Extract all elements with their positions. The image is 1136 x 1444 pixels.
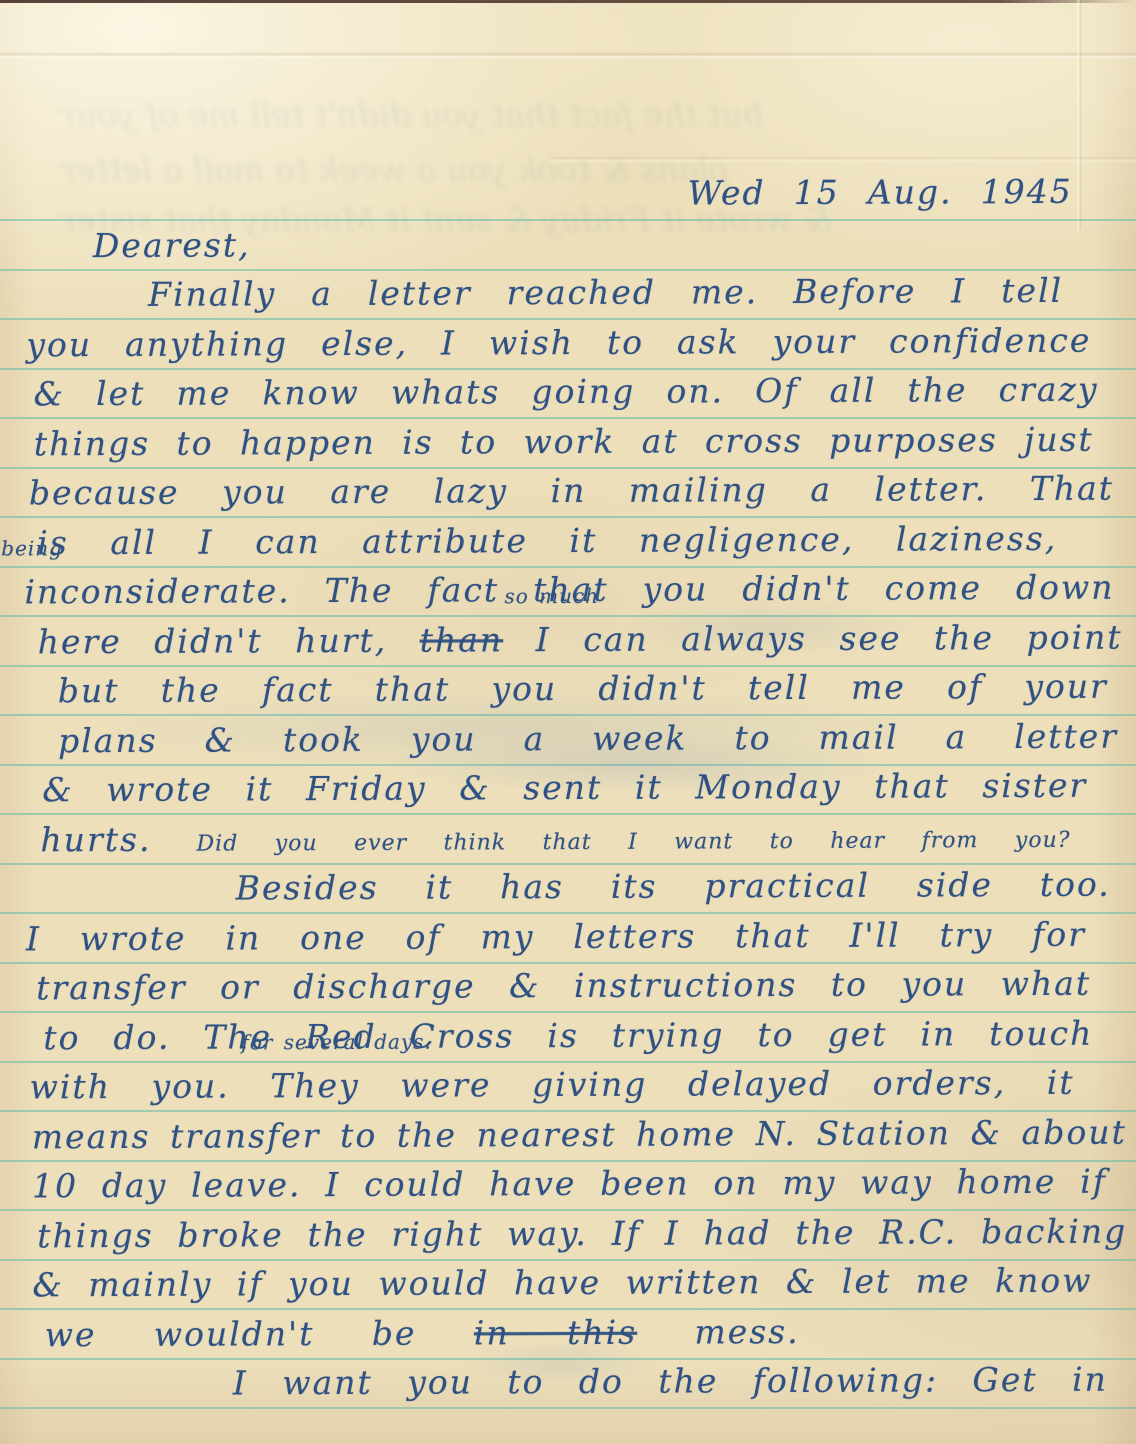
letter-text: I can always see the point [503, 617, 1123, 659]
letter-text: but the fact that you didn't tell me of … [58, 667, 1108, 711]
letter-line: you anything else, I wish to ask your co… [26, 314, 1091, 371]
letter-text: Did you ever think that I want to hear f… [196, 827, 1070, 856]
letter-text: for several days. [241, 1030, 432, 1055]
struck-text: in this [474, 1312, 637, 1352]
letter-line: things broke the right way. If I had the… [37, 1205, 1127, 1262]
letter-text: & wrote it Friday & sent it Monday that … [42, 766, 1087, 810]
letter-line: I want you to do the following: Get in [233, 1354, 1108, 1410]
salutation: Dearest, [93, 219, 251, 272]
letter-text: mess. [637, 1311, 800, 1351]
letter-text: with you. They were giving delayed order… [30, 1063, 1075, 1107]
letter-line: with you. They were giving delayed order… [29, 1057, 1074, 1114]
letter-text: I wrote in one of my letters that I'll t… [26, 914, 1086, 958]
letter-text: transfer or discharge & instructions to … [36, 964, 1091, 1008]
letter-text: & mainly if you would have written & let… [32, 1261, 1092, 1305]
letter-line: I wrote in one of my letters that I'll t… [26, 908, 1086, 965]
letter-line: Besides it has its practical side too. [236, 859, 1111, 915]
letter-text: Besides it has its practical side too. [236, 865, 1111, 908]
letter-text: because you are lazy in mailing a letter… [29, 469, 1114, 513]
letter-line: is all I can attribute it negligence, la… [37, 512, 1057, 568]
insertion: so much [504, 580, 599, 610]
letter-text: & let me know whats going on. Of all the… [33, 370, 1098, 414]
letter-text: so much [504, 583, 599, 607]
letter-text: to do. The Red Cross is trying to get in… [43, 1013, 1093, 1057]
letter-text: we wouldn't be [45, 1313, 474, 1354]
letter-page: but the fact that you didn't tell me of … [0, 0, 1136, 1444]
letter-text: you anything else, I wish to ask your co… [26, 320, 1091, 364]
letter-text: Finally a letter reached me. Before I te… [148, 271, 1063, 314]
letter-line: 10 day leave. I could have been on my wa… [32, 1156, 1107, 1213]
letter-line: to do. The Red Cross is trying to get in… [43, 1007, 1093, 1064]
letter-text: Dearest, [93, 225, 251, 265]
letter-line: hurts. Did you ever think that I want to… [40, 809, 1070, 865]
insertion: for several days. [241, 1027, 432, 1058]
struck-text: than [420, 620, 504, 659]
letter-text: Wed 15 Aug. 1945 [688, 172, 1073, 213]
letter-line: & let me know whats going on. Of all the… [33, 364, 1098, 421]
letter-text: here didn't hurt, [38, 620, 420, 661]
letter-text: things to happen is to work at cross pur… [34, 419, 1094, 463]
letter-line: things to happen is to work at cross pur… [34, 413, 1094, 470]
date-line: Wed 15 Aug. 1945 [688, 166, 1073, 220]
letter-text: means transfer to the nearest home N. St… [32, 1112, 1127, 1156]
letter-line: & mainly if you would have written & let… [32, 1255, 1092, 1312]
letter-text: things broke the right way. If I had the… [37, 1211, 1127, 1255]
letter-line: here didn't hurt, than I can always see … [38, 611, 1123, 668]
letter-text: 10 day leave. I could have been on my wa… [32, 1162, 1107, 1206]
letter-line: means transfer to the nearest home N. St… [32, 1106, 1127, 1163]
insertion: being [1, 533, 63, 563]
letter-text: I want you to do the following: Get in [233, 1360, 1108, 1403]
handwriting-layer: Wed 15 Aug. 1945Dearest,Finally a letter… [0, 0, 1136, 1444]
letter-line: plans & took you a week to mail a letter [58, 710, 1118, 767]
letter-line: & wrote it Friday & sent it Monday that … [42, 760, 1087, 817]
letter-line: because you are lazy in mailing a letter… [29, 463, 1114, 520]
letter-line: Finally a letter reached me. Before I te… [148, 265, 1063, 321]
letter-text: being [1, 536, 63, 560]
letter-text: hurts. [40, 819, 196, 859]
letter-text: is all I can attribute it negligence, la… [37, 518, 1057, 561]
letter-text: plans & took you a week to mail a letter [58, 716, 1118, 760]
letter-line: we wouldn't be in this mess. [45, 1305, 800, 1360]
letter-line: but the fact that you didn't tell me of … [58, 661, 1108, 718]
letter-line: transfer or discharge & instructions to … [36, 958, 1091, 1015]
